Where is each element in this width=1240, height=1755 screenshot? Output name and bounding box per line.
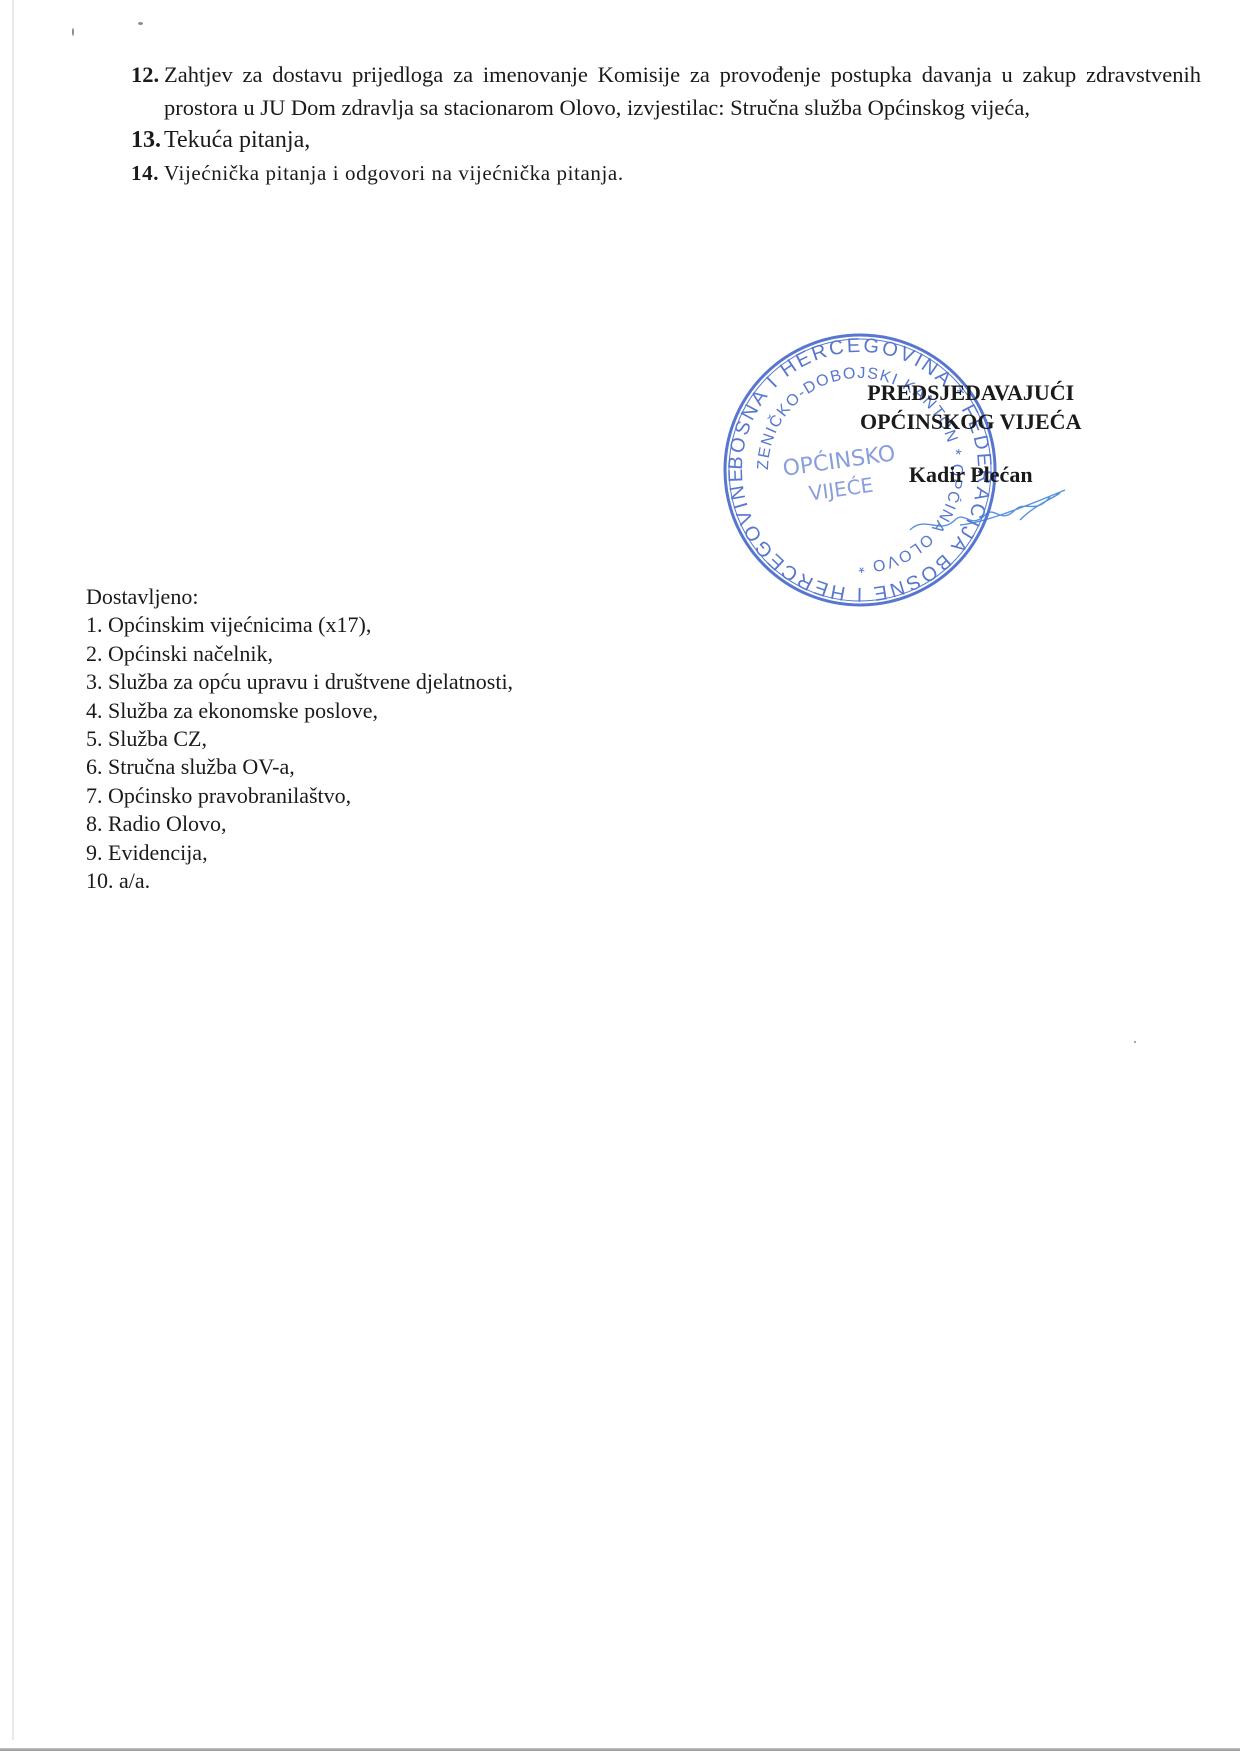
agenda-item: 12. Zahtjev za dostavu prijedloga za ime…: [131, 58, 1201, 124]
distribution-list: Dostavljeno: 1. Općinskim vijećnicima (x…: [86, 583, 513, 895]
signature-block: PREDSJEDAVAJUĆI OPĆINSKOG VIJEĆA Kadir P…: [860, 378, 1081, 489]
distribution-item: 5. Služba CZ,: [86, 725, 513, 753]
agenda-item-number: 14.: [131, 157, 159, 190]
agenda-item: 13. Tekuća pitanja,: [131, 124, 1201, 157]
distribution-item: 3. Služba za opću upravu i društvene dje…: [86, 668, 513, 696]
agenda-item-text: Zahtjev za dostavu prijedloga za imenova…: [164, 62, 1201, 120]
handwritten-signature: [900, 485, 1070, 545]
scan-speck: [1134, 1041, 1136, 1043]
agenda-item-number: 13.: [131, 124, 161, 157]
scan-speck: [72, 28, 74, 36]
distribution-heading: Dostavljeno:: [86, 583, 513, 611]
signatory-title-line2: OPĆINSKOG VIJEĆA: [860, 407, 1081, 436]
agenda-item-text: Tekuća pitanja,: [164, 127, 310, 153]
agenda-item-number: 12.: [131, 58, 159, 91]
distribution-item: 10. a/a.: [86, 867, 513, 895]
distribution-item: 8. Radio Olovo,: [86, 810, 513, 838]
scan-bottom-edge: [0, 1748, 1240, 1751]
distribution-item: 6. Stručna služba OV-a,: [86, 753, 513, 781]
distribution-item: 7. Općinsko pravobranilaštvo,: [86, 782, 513, 810]
distribution-item: 9. Evidencija,: [86, 839, 513, 867]
agenda-item-text: Vijećnička pitanja i odgovori na vijećni…: [164, 161, 624, 185]
agenda-item: 14. Vijećnička pitanja i odgovori na vij…: [131, 157, 1201, 190]
scan-speck: [138, 22, 143, 25]
distribution-item: 4. Služba za ekonomske poslove,: [86, 697, 513, 725]
distribution-item: 2. Općinski načelnik,: [86, 640, 513, 668]
signatory-title-line1: PREDSJEDAVAJUĆI: [860, 378, 1081, 407]
scan-left-edge: [12, 0, 14, 1740]
agenda-list: 12. Zahtjev za dostavu prijedloga za ime…: [131, 58, 1201, 190]
distribution-item: 1. Općinskim vijećnicima (x17),: [86, 611, 513, 639]
